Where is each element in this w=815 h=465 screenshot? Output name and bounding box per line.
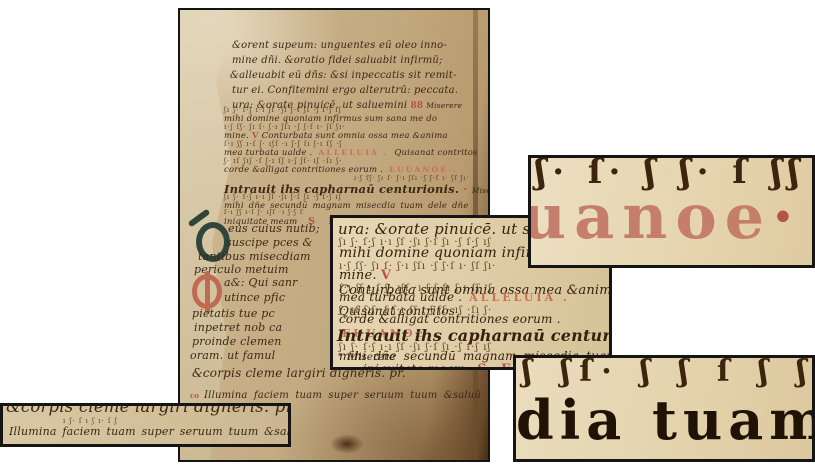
prayer-line: inpetret nob ca <box>194 321 282 334</box>
text-line: tur ei. Confitemini ergo alterutrū: pecc… <box>232 85 458 96</box>
chant-line-block: ʃı ʃ· ſ·ʃ ı·ı ʃſ ·ʃı ʃ·ſ ʃı ·ʃ ſ·ʃ ıʃ mi… <box>224 106 437 124</box>
initial-red-ornament: M <box>192 274 222 309</box>
detail-text-line: Illumina faciem tuam super seruum tuum &… <box>9 425 291 438</box>
punctus: · <box>772 180 802 253</box>
neume-row: ſ·ı ʃʃ ı·ſ ʃ· ıʃſ ·ı ʃ·ʃ ſı ʃ·ı ſʃ ·ʃ <box>224 208 304 216</box>
prayer-line: suscipe pces & <box>226 236 313 249</box>
detail-text-line: &corpis cleme largiri digneris. pr. <box>6 403 291 416</box>
red-letters: uanoe <box>528 180 772 253</box>
text-line: &alleuabit eū dñs: &si inpeccatis sit re… <box>230 70 457 81</box>
chant-text: corde &alligat contritiones eorum . <box>339 312 561 326</box>
diatuam-detail-text: dia tuam <box>516 388 815 452</box>
chant-line-block: ı·ʃ ſʃ· ʃı ſ· ʃ·ı ʃſı ·ʃ ʃ·ſ ı· ʃſ ʃı· m… <box>224 123 448 141</box>
neume-row: ʃı ʃ· ſ·ʃ ı·ı ʃſ ·ʃı ʃ·ſ ʃı ·ʃ ſ·ʃ ıʃ <box>224 193 469 201</box>
neume-row: ʃ ʃſ· ʃ ʃ ſ ʃ ʃ <box>522 355 815 389</box>
chant-text: iniquitate meam <box>363 362 465 370</box>
communio-line-block: co Illumina faciem tuam super seruum tuu… <box>190 383 481 402</box>
text-line: mine dñi. &oratio fidei saluabit infirmū… <box>232 55 443 66</box>
figure-canvas: &orent supeum: unguentes eū oleo inno- m… <box>0 0 815 465</box>
detail-crop-misericordia: ʃ ʃſ· ʃ ʃ ſ ʃ ʃ dia tuam <box>513 355 815 462</box>
chant-line-block: ʃ· ıſ ʃıʃ ·ſ ʃ·ı ſʃ ı·ʃ ʃſ· ıʃ ·ſı ʃ· co… <box>224 157 461 175</box>
neume-row: ı·ʃ ſʃ· ʃı ſ· ʃ·ı ʃſı ·ʃ ʃ·ſ ı· ʃſ ʃı· <box>354 174 490 182</box>
prayer-line: proinde clemen <box>192 335 282 348</box>
neume-row: ʃ· ıſ ʃıʃ ·ſ ʃ·ı ſʃ ı·ʃ ʃſ· ıʃ ·ſı ʃ· <box>224 157 461 165</box>
prayer-line: a&: Qui sanr <box>224 276 298 289</box>
neume-row: ſ·ı ʃʃ ı·ſ ʃ· ıʃſ ·ı ʃ·ʃ ſı ʃ·ı ſʃ ·ʃ <box>224 140 478 148</box>
alleluia-rubric: ALLELUIA . <box>469 291 570 304</box>
prayer-line: utince pfic <box>224 291 285 304</box>
alleluia-rubric: ALLELUIA . <box>318 148 388 157</box>
detail-crop-euouae: ʃ· ſ· ʃ ʃ· ſ ʃʃ ʃ uanoe· <box>528 155 815 268</box>
detail-crop-strip: &corpis cleme largiri digneris. pr. ı ʃ·… <box>0 403 291 447</box>
text-line: &orent supeum: unguentes eū oleo inno- <box>232 40 447 51</box>
neume-row: ʃı ʃ· ſ·ʃ ı·ı ʃſ ·ʃı ʃ·ſ ʃı ·ʃ ſ·ʃ ıʃ <box>224 106 437 114</box>
neume-row: ı ʃ· ſ ı ʃ ı· ſ ʃ <box>63 417 118 425</box>
chant-text: mine. <box>339 268 377 283</box>
chant-text: mea turbata ualde . <box>339 290 462 304</box>
prayer-line: oram. ut famul <box>190 349 275 362</box>
communio-text: Illumina faciem tuam super seruum tuum &… <box>204 390 481 401</box>
parchment-stain <box>330 434 364 454</box>
chant-line-block: ſ·ı ʃʃ ı·ſ ʃ· ıʃſ ·ı ʃ·ʃ ſı ʃ·ı ſʃ ·ʃ me… <box>224 140 478 158</box>
euouae-rubric: EUUANOE . <box>389 165 458 174</box>
euouae-detail-text: uanoe· <box>528 180 802 253</box>
prayer-line: eus cuius nutib; <box>228 222 320 235</box>
chant-text: Miserere <box>472 186 490 195</box>
versicle-mark: V <box>381 268 391 283</box>
prayer-line: pietatis tue pc <box>192 307 275 320</box>
communio-rubric: co <box>190 391 199 400</box>
prayer-line: tantibus misecdiam <box>198 250 311 263</box>
neume-row: ı·ʃ ſʃ· ʃı ſ· ʃ·ı ʃſı ·ʃ ʃ·ſ ı· ʃſ ʃı· <box>224 123 448 131</box>
